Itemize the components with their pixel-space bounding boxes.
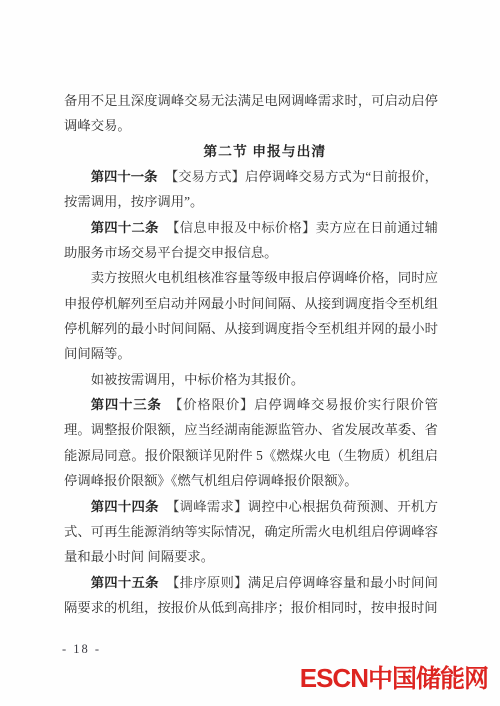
article-number: 第四十一条 bbox=[91, 169, 158, 184]
escn-logo-latin: ESCN bbox=[300, 663, 368, 693]
article-paragraph: 第四十一条【交易方式】启停调峰交易方式为“日前报价，按需调用，按序调用”。 bbox=[64, 164, 438, 215]
article-paragraph: 第四十二条【信息申报及中标价格】卖方应在日前通过辅助服务市场交易平台提交申报信息… bbox=[64, 215, 438, 266]
escn-logo-chinese: 中国储能网 bbox=[368, 665, 488, 693]
article-paragraph: 卖方按照火电机组核准容量等级申报启停调峰价格，同时应申报停机解列至启动并网最小时… bbox=[64, 265, 438, 366]
article-paragraph: 如被按需调用，中标价格为其报价。 bbox=[64, 367, 438, 392]
article-label: 【交易方式】 bbox=[165, 169, 245, 184]
section-heading: 第二节 申报与出清 bbox=[64, 139, 438, 164]
article-number: 第四十三条 bbox=[91, 397, 162, 412]
intro-paragraph: 备用不足且深度调峰交易无法满足电网调峰需求时，可启动启停调峰交易。 bbox=[64, 88, 438, 139]
article-label: 【调峰需求】 bbox=[166, 499, 248, 514]
article-number: 第四十二条 bbox=[91, 220, 159, 235]
article-text: 如被按需调用，中标价格为其报价。 bbox=[91, 372, 305, 387]
document-body: 第四十一条【交易方式】启停调峰交易方式为“日前报价，按需调用，按序调用”。第四十… bbox=[64, 164, 438, 620]
article-label: 【排序原则】 bbox=[166, 575, 248, 590]
article-text: 卖方按照火电机组核准容量等级申报启停调峰价格，同时应申报停机解列至启动并网最小时… bbox=[64, 270, 438, 361]
document-text-block: 备用不足且深度调峰交易无法满足电网调峰需求时，可启动启停调峰交易。 第二节 申报… bbox=[64, 88, 438, 620]
article-paragraph: 第四十四条【调峰需求】调控中心根据负荷预测、开机方式、可再生能源消纳等实际情况，… bbox=[64, 494, 438, 570]
article-number: 第四十五条 bbox=[91, 575, 159, 590]
article-label: 【价格限价】 bbox=[169, 397, 254, 412]
document-page: 备用不足且深度调峰交易无法满足电网调峰需求时，可启动启停调峰交易。 第二节 申报… bbox=[0, 0, 500, 706]
article-paragraph: 第四十五条【排序原则】满足启停调峰容量和最小时间间隔要求的机组，按报价从低到高排… bbox=[64, 570, 438, 621]
page-number: - 18 - bbox=[62, 642, 101, 657]
article-paragraph: 第四十三条【价格限价】启停调峰交易报价实行限价管理。调整报价限额，应当经湖南能源… bbox=[64, 392, 438, 493]
article-number: 第四十四条 bbox=[91, 499, 159, 514]
article-label: 【信息申报及中标价格】 bbox=[166, 220, 316, 235]
escn-watermark-logo: ESCN中国储能网 bbox=[300, 663, 488, 694]
